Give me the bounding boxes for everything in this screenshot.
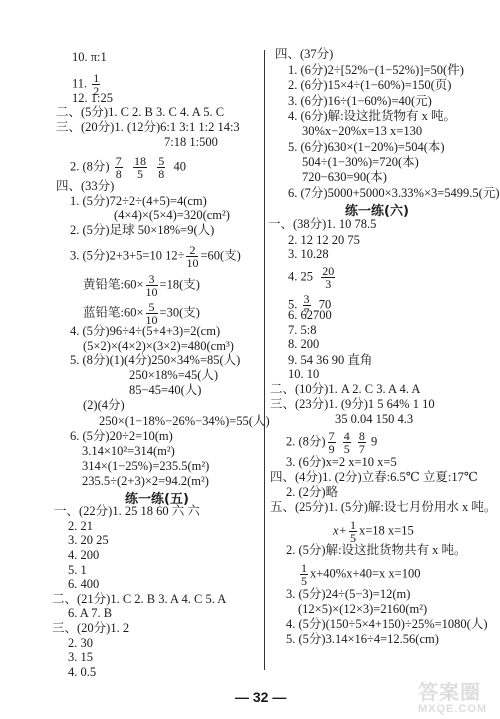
answer-line: 4. (5分)(150÷5×4+150)÷25%=1080(人) (286, 617, 488, 631)
answer-line: 1. (5分)72÷2÷(4+5)=4(cm) (70, 194, 207, 208)
answer-line: 4. (6分)解:设这批货物有 x 吨。 (288, 109, 456, 123)
section-heading: 四、(37分) (275, 47, 333, 61)
section-heading: 二、(21分)1. C 2. B 3. A 4. C 5. A (52, 592, 226, 606)
fraction: 203 (321, 265, 335, 290)
fraction: 79 (328, 430, 336, 455)
answer-line: 4. (5分)96÷4÷(5+4+3)=2(cm) (70, 324, 220, 338)
answer-line: 35 0.04 150 4.3 (335, 412, 413, 426)
answer-line: 10. π:1 (72, 50, 107, 64)
section-heading: 一、(38分)1. 10 78.5 (268, 217, 376, 231)
answer-line: 5. (8分)(1)(4分)250×34%=85(人) (70, 353, 240, 367)
answer-line: 12. 1:25 (72, 91, 113, 105)
answer-line: 2. 21 (68, 519, 93, 533)
answer-line: (4×4)×(5×4)=320(cm²) (114, 208, 230, 222)
fraction: 15 (300, 562, 308, 587)
answer-line: 4. 25 203 (288, 265, 337, 290)
answer-line: 4. 200 (68, 548, 99, 562)
answer-line: 蓝铅笔:60×510=30(支) (83, 301, 200, 326)
answer-line: 10. 10 (288, 367, 319, 381)
answer-line: 5. 1 (68, 563, 87, 577)
answer-line: 2. (6分)15×4÷(1−60%)=150(页) (288, 78, 451, 92)
fraction: 58 (157, 155, 165, 180)
fraction: 310 (146, 273, 158, 298)
answer-line: (12×5)×(12×3)=2160(m²) (298, 602, 427, 616)
section-heading: 四、(4分)1. (2分)立春:6.5℃ 立夏:17℃ (270, 470, 478, 484)
answer-line: 250×18%=45(人) (129, 368, 218, 382)
answer-line: 8. 200 (288, 337, 319, 351)
section-heading: 三、(20分)1. 2 (52, 621, 129, 635)
answer-line: 6. (5分)20÷2=10(m) (70, 429, 173, 443)
watermark-logo: 答案圈 (418, 676, 487, 705)
answer-line: 2. 12 12 20 75 (288, 233, 360, 247)
fraction: 210 (186, 244, 198, 269)
answer-line: 504÷(1−30%)=720(本) (302, 155, 419, 169)
answer-line: 3. (6分)16÷(1−60%)=40(元) (288, 94, 432, 108)
answer-line: (2)(4分) (83, 398, 125, 412)
answer-line: 314×(1−25%)=235.5(m²) (82, 459, 209, 473)
section-heading: 二、(10分)1. A 2. C 3. A 4. A (270, 382, 420, 396)
answer-line: 2. (2分)略 (286, 485, 338, 499)
fraction: 15 (349, 519, 357, 544)
answer-line: 5. (5分)3.14×16÷4=12.56(cm) (286, 632, 439, 646)
answer-line: 6. (7分)5000+5000×3.33%×3=5499.5(元) (288, 186, 500, 200)
section-heading: 三、(23分)1. (9分)1 5 64% 1 10 (270, 397, 435, 411)
answer-line: 3. 10.28 (288, 247, 329, 261)
answer-line: 9. 54 36 90 直角 (288, 353, 372, 367)
answer-line: 1. (6分)2÷[52%−(1−52%)]=50(件) (288, 63, 464, 77)
answer-line: 黄铅笔:60×310=18(支) (83, 273, 200, 298)
answer-line: 3. 15 (68, 650, 93, 664)
section-heading: 二、(5分)1. C 2. B 3. C 4. A 5. C (56, 105, 224, 119)
answer-line: 7:18 1:500 (164, 135, 218, 149)
answer-line: 2. (8分) 78 185 58 40 (70, 155, 186, 180)
answer-line: 6. 400 (68, 577, 99, 591)
section-heading: 一、(22分)1. 25 18 60 六 六 (54, 504, 200, 518)
answer-line: 3.14×10²=314(m²) (82, 444, 175, 458)
answer-line: 2. (5分)解:设这批货物共有 x 吨。 (286, 543, 467, 557)
answer-line: 3. (5分)2+3+5=10 12÷210=60(支) (70, 244, 241, 269)
answer-line: 85−45=40(人) (129, 383, 201, 397)
answer-line: (5×2)×(4×2)×(3×2)=480(cm³) (83, 339, 234, 353)
column-divider (264, 50, 265, 670)
fraction: 45 (343, 430, 351, 455)
answer-line: 30%x−20%x=13 x=130 (302, 124, 422, 138)
answer-line: 4. 0.5 (68, 665, 96, 679)
answer-line: 6. A 7. B (68, 606, 112, 620)
answer-line: 6. 62700 (288, 308, 332, 322)
answer-line: 2. (5分)足球 50×18%=9(人) (70, 223, 214, 237)
section-heading: 五、(25分)1. (5分)解:设七月份用水 x 吨。 (270, 500, 496, 514)
answer-line: x+15x=18 x=15 (333, 519, 414, 544)
watermark: 答案圈 MXQE.COM (418, 676, 487, 715)
answer-line: 250×(1−18%−26%−34%)=55(人) (99, 414, 270, 428)
fraction: 185 (133, 155, 147, 180)
watermark-url: MXQE.COM (418, 703, 487, 715)
answer-line: 5. (6分)630×(1−20%)=504(本) (288, 140, 445, 154)
answer-line: 15x+40%x+40=x x=100 (298, 562, 421, 587)
answer-line: 235.5÷(2+3)×2=94.2(m²) (82, 474, 209, 488)
answer-line: 3. (6分)x=2 x=10 x=5 (286, 455, 397, 469)
answer-line: 3. 20 25 (68, 533, 109, 547)
section-heading: 三、(20分)1. (12分)6:1 3:1 1:2 14:3 (56, 120, 240, 134)
answer-line: 3. (5分)24÷(5−3)=12(m) (286, 587, 410, 601)
answer-line: 720−630=90(本) (302, 170, 387, 184)
section-heading: 四、(33分) (56, 179, 114, 193)
fraction: 87 (358, 430, 366, 455)
answer-line: 7. 5:8 (288, 323, 316, 337)
page-number: — 32 — (235, 689, 286, 705)
answer-line: 2. 30 (68, 636, 93, 650)
fraction: 78 (115, 155, 123, 180)
fraction: 510 (146, 301, 158, 326)
answer-line: 2. (8分)79 45 87 9 (286, 430, 377, 455)
